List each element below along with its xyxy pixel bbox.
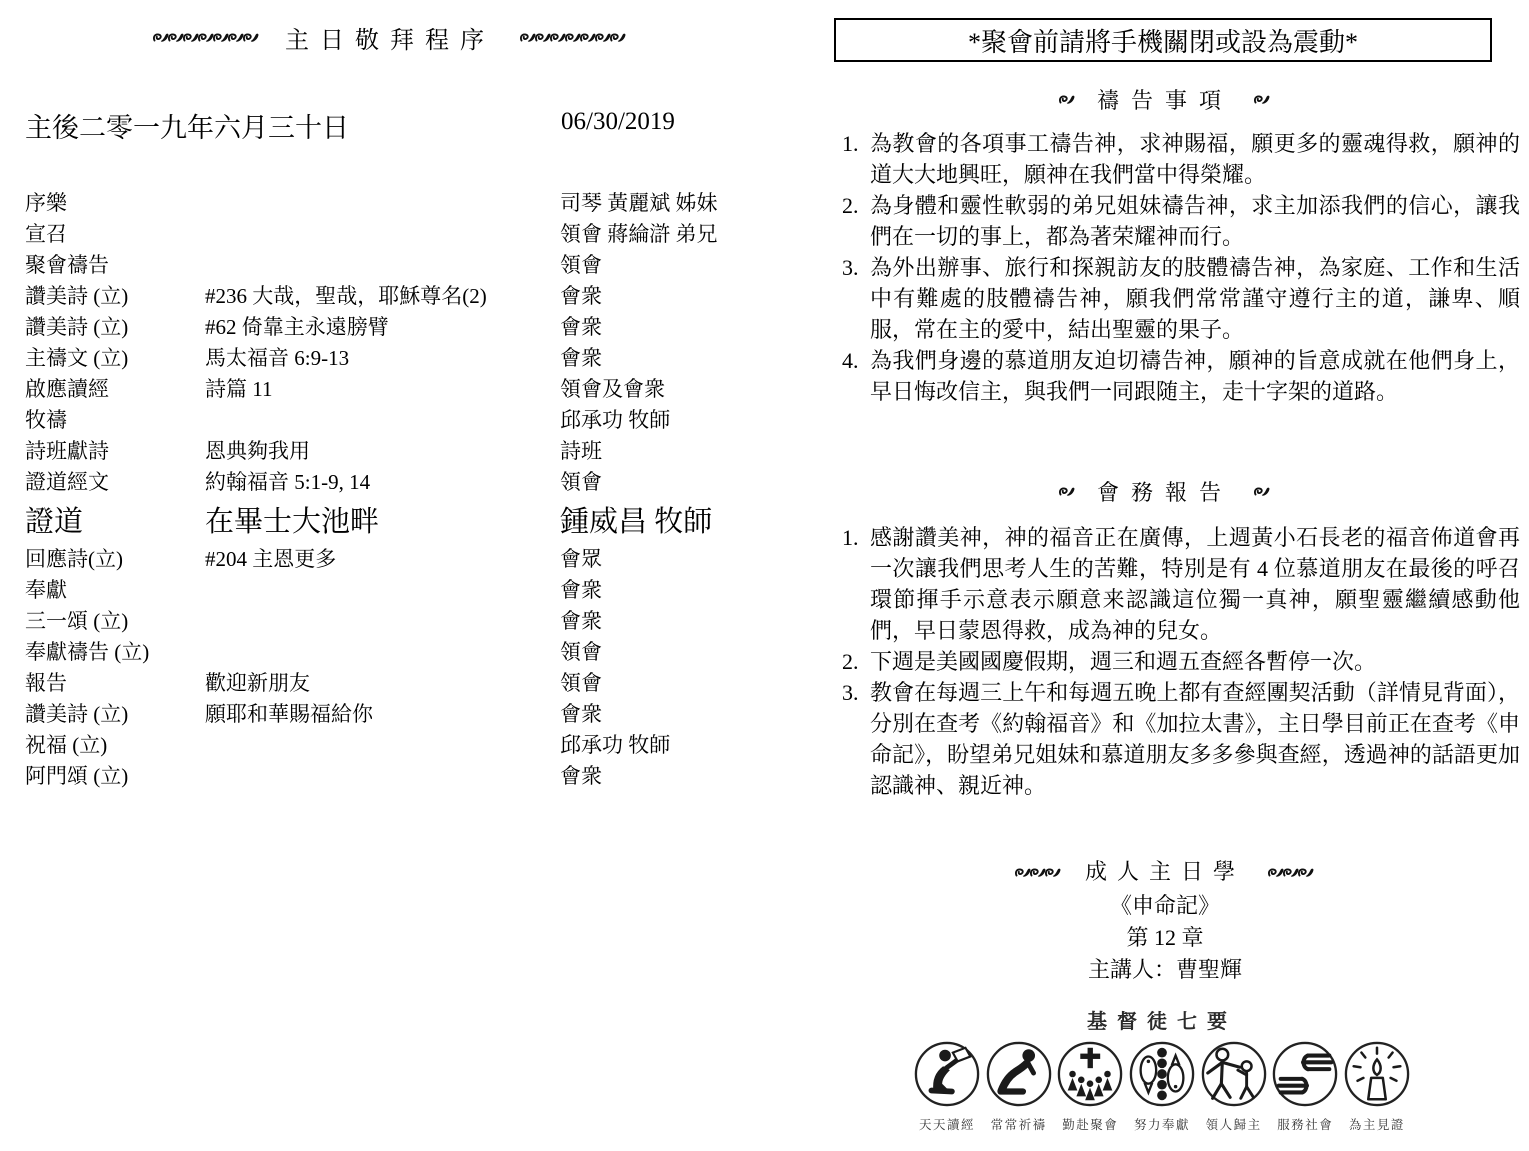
swirl-icon <box>610 31 627 44</box>
christian-seven-title: 基督徒七要 <box>912 1005 1412 1034</box>
program-item-role: 會衆 <box>560 342 795 372</box>
program-item-role: 領會 <box>560 466 795 496</box>
program-item-content: 恩典夠我用 <box>205 435 560 465</box>
date-row: 主後二零一九年六月三十日 06/30/2019 <box>25 106 785 146</box>
program-row: 回應詩(立) #204 主恩更多 會眾 <box>25 542 795 573</box>
program-item-role: 會衆 <box>560 574 795 604</box>
worship-title: 主日敬拜程序 <box>285 20 495 55</box>
program-item-role: 領會 蔣綸滸 弟兄 <box>560 218 795 248</box>
worship-program-page: 主日敬拜程序 主後二零一九年六月三十日 06/30/2019 序樂 司琴 黃麗斌… <box>0 0 810 1151</box>
date-numeric: 06/30/2019 <box>561 108 675 136</box>
christian-seven-labels-row: 天天讀經 常常祈禱 勤赴聚會 努力奉獻 領人歸主 服務社會 為主見證 <box>912 1108 1412 1133</box>
program-item-role: 邱承功 牧師 <box>560 404 795 434</box>
program-item-label: 回應詩(立) <box>25 543 205 573</box>
report-item: 教會在每週三上午和每週五晚上都有查經團契活動（詳情見背面），分別在查考《約翰福音… <box>864 677 1520 801</box>
program-row: 報告 歡迎新朋友 領會 <box>25 666 795 697</box>
sunday-school-speaker: 主講人：曹聖輝 <box>820 954 1510 986</box>
program-row: 聚會禱告 領會 <box>25 248 795 279</box>
program-item-role: 領會 <box>560 249 795 279</box>
program-row: 讚美詩 (立) #236 大哉，聖哉，耶穌尊名(2) 會衆 <box>25 279 795 310</box>
program-item-content: #62 倚靠主永遠膀臂 <box>205 311 560 341</box>
program-row: 啟應讀經 詩篇 11 領會及會衆 <box>25 372 795 403</box>
ornament-swirl-row <box>1016 866 1061 879</box>
program-item-label: 阿門頌 (立) <box>25 760 205 790</box>
program-item-role: 詩班 <box>560 435 795 465</box>
seven-cell-serving <box>1270 1040 1340 1108</box>
date-chinese: 主後二零一九年六月三十日 <box>25 106 349 145</box>
swirl-icon <box>1254 93 1271 106</box>
swirl-icon <box>1059 485 1076 498</box>
announcements-page: *聚會前請將手機關閉或設為震動* 禱告事項 為教會的各項事工禱告神，求神賜福，願… <box>820 0 1529 1151</box>
leading-icon <box>1200 1040 1268 1108</box>
seven-cell-gathering <box>1055 1040 1125 1108</box>
prayer-items-list: 為教會的各項事工禱告神，求神賜福，願更多的靈魂得救，願神的道大大地興旺，願神在我… <box>820 128 1520 407</box>
serving-icon <box>1271 1040 1339 1108</box>
report-item: 感謝讚美神，神的福音正在廣傳，上週黃小石長老的福音佈道會再一次讓我們思考人生的苦… <box>864 522 1520 646</box>
program-item-role: 會衆 <box>560 760 795 790</box>
program-row: 三一頌 (立) 會衆 <box>25 604 795 635</box>
swirl-icon <box>1254 485 1271 498</box>
prayer-item: 為身體和靈性軟弱的弟兄姐妹禱告神，求主加添我們的信心，讓我們在一切的事上，都為著… <box>864 190 1520 252</box>
program-item-content: 願耶和華賜福給你 <box>205 698 560 728</box>
seven-label: 服務社會 <box>1277 1115 1333 1133</box>
program-item-label: 序樂 <box>25 187 205 217</box>
program-row: 序樂 司琴 黃麗斌 姊妹 <box>25 186 795 217</box>
program-item-label: 證道經文 <box>25 466 205 496</box>
program-item-role: 領會 <box>560 636 795 666</box>
program-item-label: 報告 <box>25 667 205 697</box>
program-item-content: #204 主恩更多 <box>205 543 560 573</box>
seven-cell-leading <box>1199 1040 1269 1108</box>
program-item-role: 鍾威昌 牧師 <box>560 499 795 540</box>
sunday-school-chapter: 第 12 章 <box>820 922 1510 954</box>
program-item-content: 在畢士大池畔 <box>205 499 560 540</box>
program-item-role: 會眾 <box>560 543 795 573</box>
program-row: 阿門頌 (立) 會衆 <box>25 759 795 790</box>
sunday-school-section: 成人主日學 《申命記》 第 12 章 主講人：曹聖輝 <box>820 856 1510 986</box>
phone-notice-box: *聚會前請將手機關閉或設為震動* <box>834 18 1492 62</box>
prayer-section-header: 禱告事項 <box>820 84 1510 115</box>
program-item-label: 讚美詩 (立) <box>25 311 205 341</box>
program-item-label: 祝福 (立) <box>25 729 205 759</box>
program-item-role: 會衆 <box>560 280 795 310</box>
seven-label: 努力奉獻 <box>1134 1115 1190 1133</box>
offering-icon <box>1128 1040 1196 1108</box>
prayer-item: 為外出辦事、旅行和探親訪友的肢體禱告神，為家庭、工作和生活中有難處的肢體禱告神，… <box>864 252 1520 345</box>
christian-seven-section: 基督徒七要 <box>912 1005 1412 1133</box>
report-section-title: 會務報告 <box>1097 476 1233 507</box>
program-row: 奉獻禱告 (立) 領會 <box>25 635 795 666</box>
praying-icon <box>985 1040 1053 1108</box>
program-item-label: 宣召 <box>25 218 205 248</box>
program-item-label: 啟應讀經 <box>25 373 205 403</box>
program-item-content: 歡迎新朋友 <box>205 667 560 697</box>
program-item-content: 馬太福音 6:9-13 <box>205 342 560 372</box>
program-row: 牧禱 邱承功 牧師 <box>25 403 795 434</box>
program-item-label: 奉獻禱告 (立) <box>25 636 205 666</box>
program-row: 主禱文 (立) 馬太福音 6:9-13 會衆 <box>25 341 795 372</box>
program-row: 祝福 (立) 邱承功 牧師 <box>25 728 795 759</box>
program-row: 證道 在畢士大池畔 鍾威昌 牧師 <box>25 496 795 542</box>
prayer-section-title: 禱告事項 <box>1097 84 1233 115</box>
program-item-label: 詩班獻詩 <box>25 435 205 465</box>
program-item-label: 聚會禱告 <box>25 249 205 279</box>
seven-cell-offering <box>1127 1040 1197 1108</box>
program-item-content: 詩篇 11 <box>205 373 560 403</box>
program-item-label: 牧禱 <box>25 404 205 434</box>
program-item-label: 證道 <box>25 499 205 540</box>
report-items-list: 感謝讚美神，神的福音正在廣傳，上週黃小石長老的福音佈道會再一次讓我們思考人生的苦… <box>820 522 1520 801</box>
program-item-role: 會衆 <box>560 698 795 728</box>
program-item-role: 司琴 黃麗斌 姊妹 <box>560 187 795 217</box>
seven-cell-reading <box>912 1040 982 1108</box>
program-item-label: 三一頌 (立) <box>25 605 205 635</box>
seven-label: 常常祈禱 <box>991 1115 1047 1133</box>
ornament-swirl-row <box>154 31 259 44</box>
sunday-school-book: 《申命記》 <box>820 890 1510 922</box>
swirl-icon <box>1298 866 1315 879</box>
program-item-role: 邱承功 牧師 <box>560 729 795 759</box>
swirl-icon <box>243 31 260 44</box>
phone-notice-text: *聚會前請將手機關閉或設為震動* <box>968 22 1358 59</box>
sunday-school-header: 成人主日學 <box>820 856 1510 888</box>
report-item: 下週是美國國慶假期，週三和週五查經各暫停一次。 <box>864 646 1520 677</box>
program-item-role: 會衆 <box>560 311 795 341</box>
seven-cell-praying <box>984 1040 1054 1108</box>
program-row: 奉獻 會衆 <box>25 573 795 604</box>
reading-icon <box>913 1040 981 1108</box>
program-item-content: #236 大哉，聖哉，耶穌尊名(2) <box>205 280 560 310</box>
program-item-role: 領會 <box>560 667 795 697</box>
gathering-icon <box>1056 1040 1124 1108</box>
prayer-item: 為教會的各項事工禱告神，求神賜福，願更多的靈魂得救，願神的道大大地興旺，願神在我… <box>864 128 1520 190</box>
seven-label: 勤赴聚會 <box>1062 1115 1118 1133</box>
seven-label: 為主見證 <box>1349 1115 1405 1133</box>
worship-program-table: 序樂 司琴 黃麗斌 姊妹 宣召 領會 蔣綸滸 弟兄 聚會禱告 領會 讚美詩 (立… <box>25 186 795 790</box>
program-row: 證道經文 約翰福音 5:1-9, 14 領會 <box>25 465 795 496</box>
witness-icon <box>1343 1040 1411 1108</box>
program-item-label: 主禱文 (立) <box>25 342 205 372</box>
program-item-label: 讚美詩 (立) <box>25 280 205 310</box>
seven-cell-witness <box>1342 1040 1412 1108</box>
christian-seven-icons-row <box>912 1040 1412 1108</box>
program-item-role: 領會及會衆 <box>560 373 795 403</box>
ornament-swirl-row <box>521 31 626 44</box>
program-item-label: 奉獻 <box>25 574 205 604</box>
program-item-role: 會衆 <box>560 605 795 635</box>
seven-label: 天天讀經 <box>919 1115 975 1133</box>
swirl-icon <box>1059 93 1076 106</box>
report-section-header: 會務報告 <box>820 476 1510 507</box>
page-title: 主日敬拜程序 <box>0 20 780 55</box>
prayer-item: 為我們身邊的慕道朋友迫切禱告神，願神的旨意成就在他們身上，早日悔改信主，與我們一… <box>864 345 1520 407</box>
program-item-label: 讚美詩 (立) <box>25 698 205 728</box>
program-item-content: 約翰福音 5:1-9, 14 <box>205 466 560 496</box>
ornament-swirl-row <box>1269 866 1314 879</box>
sunday-school-title: 成人主日學 <box>1085 856 1245 888</box>
swirl-icon <box>1045 866 1062 879</box>
seven-label: 領人歸主 <box>1206 1115 1262 1133</box>
program-row: 讚美詩 (立) #62 倚靠主永遠膀臂 會衆 <box>25 310 795 341</box>
program-row: 讚美詩 (立) 願耶和華賜福給你 會衆 <box>25 697 795 728</box>
program-row: 詩班獻詩 恩典夠我用 詩班 <box>25 434 795 465</box>
program-row: 宣召 領會 蔣綸滸 弟兄 <box>25 217 795 248</box>
